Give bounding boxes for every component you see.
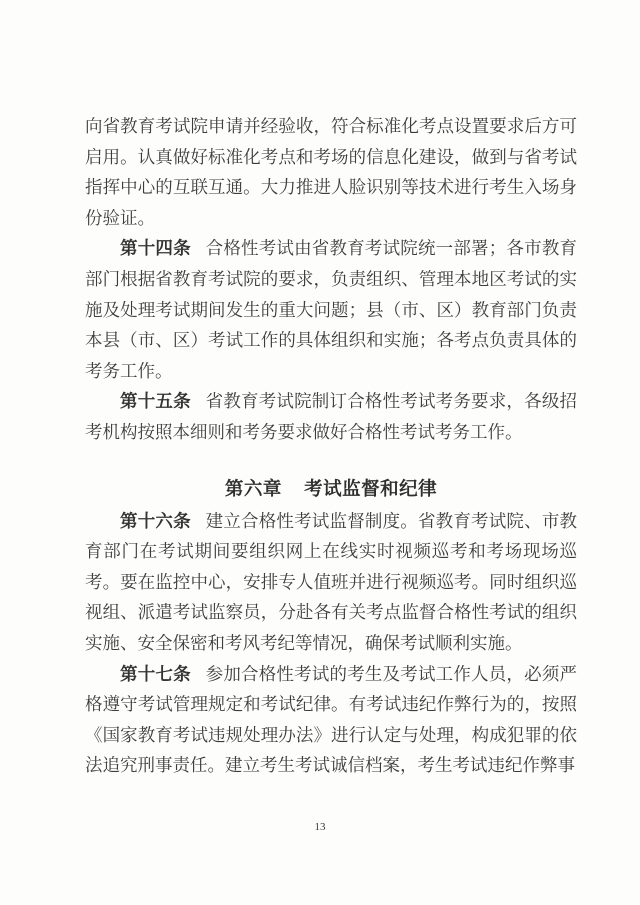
- article-16-text: 建立合格性考试监督制度。省教育考试院、市教育部门在考试期间要组织网上在线实时视频…: [85, 511, 577, 653]
- article-17-label: 第十七条: [120, 664, 206, 684]
- article-14-text: 合格性考试由省教育考试院统一部署；各市教育部门根据省教育考试院的要求，负责组织、…: [85, 238, 577, 380]
- document-page: 向省教育考试院申请并经验收，符合标准化考点设置要求后方可启用。认真做好标准化考点…: [0, 0, 640, 905]
- document-body: 向省教育考试院申请并经验收，符合标准化考点设置要求后方可启用。认真做好标准化考点…: [85, 111, 577, 781]
- paragraph-article-17: 第十七条参加合格性考试的考生及考试工作人员，必须严格遵守考试管理规定和考试纪律。…: [85, 659, 577, 781]
- paragraph-article-15: 第十五条省教育考试院制订合格性考试考务要求，各级招考机构按照本细则和考务要求做好…: [85, 386, 577, 447]
- paragraph-article-14: 第十四条合格性考试由省教育考试院统一部署；各市教育部门根据省教育考试院的要求，负…: [85, 233, 577, 386]
- page-number: 13: [0, 821, 640, 833]
- chapter-number: 第六章: [225, 480, 282, 500]
- article-15-label: 第十五条: [120, 391, 206, 411]
- paragraph-continuation: 向省教育考试院申请并经验收，符合标准化考点设置要求后方可启用。认真做好标准化考点…: [85, 111, 577, 233]
- chapter-title: 考试监督和纪律: [304, 480, 437, 500]
- article-14-label: 第十四条: [120, 238, 206, 258]
- chapter-heading: 第六章考试监督和纪律: [85, 475, 577, 506]
- paragraph-article-16: 第十六条建立合格性考试监督制度。省教育考试院、市教育部门在考试期间要组织网上在线…: [85, 506, 577, 659]
- article-16-label: 第十六条: [120, 511, 206, 531]
